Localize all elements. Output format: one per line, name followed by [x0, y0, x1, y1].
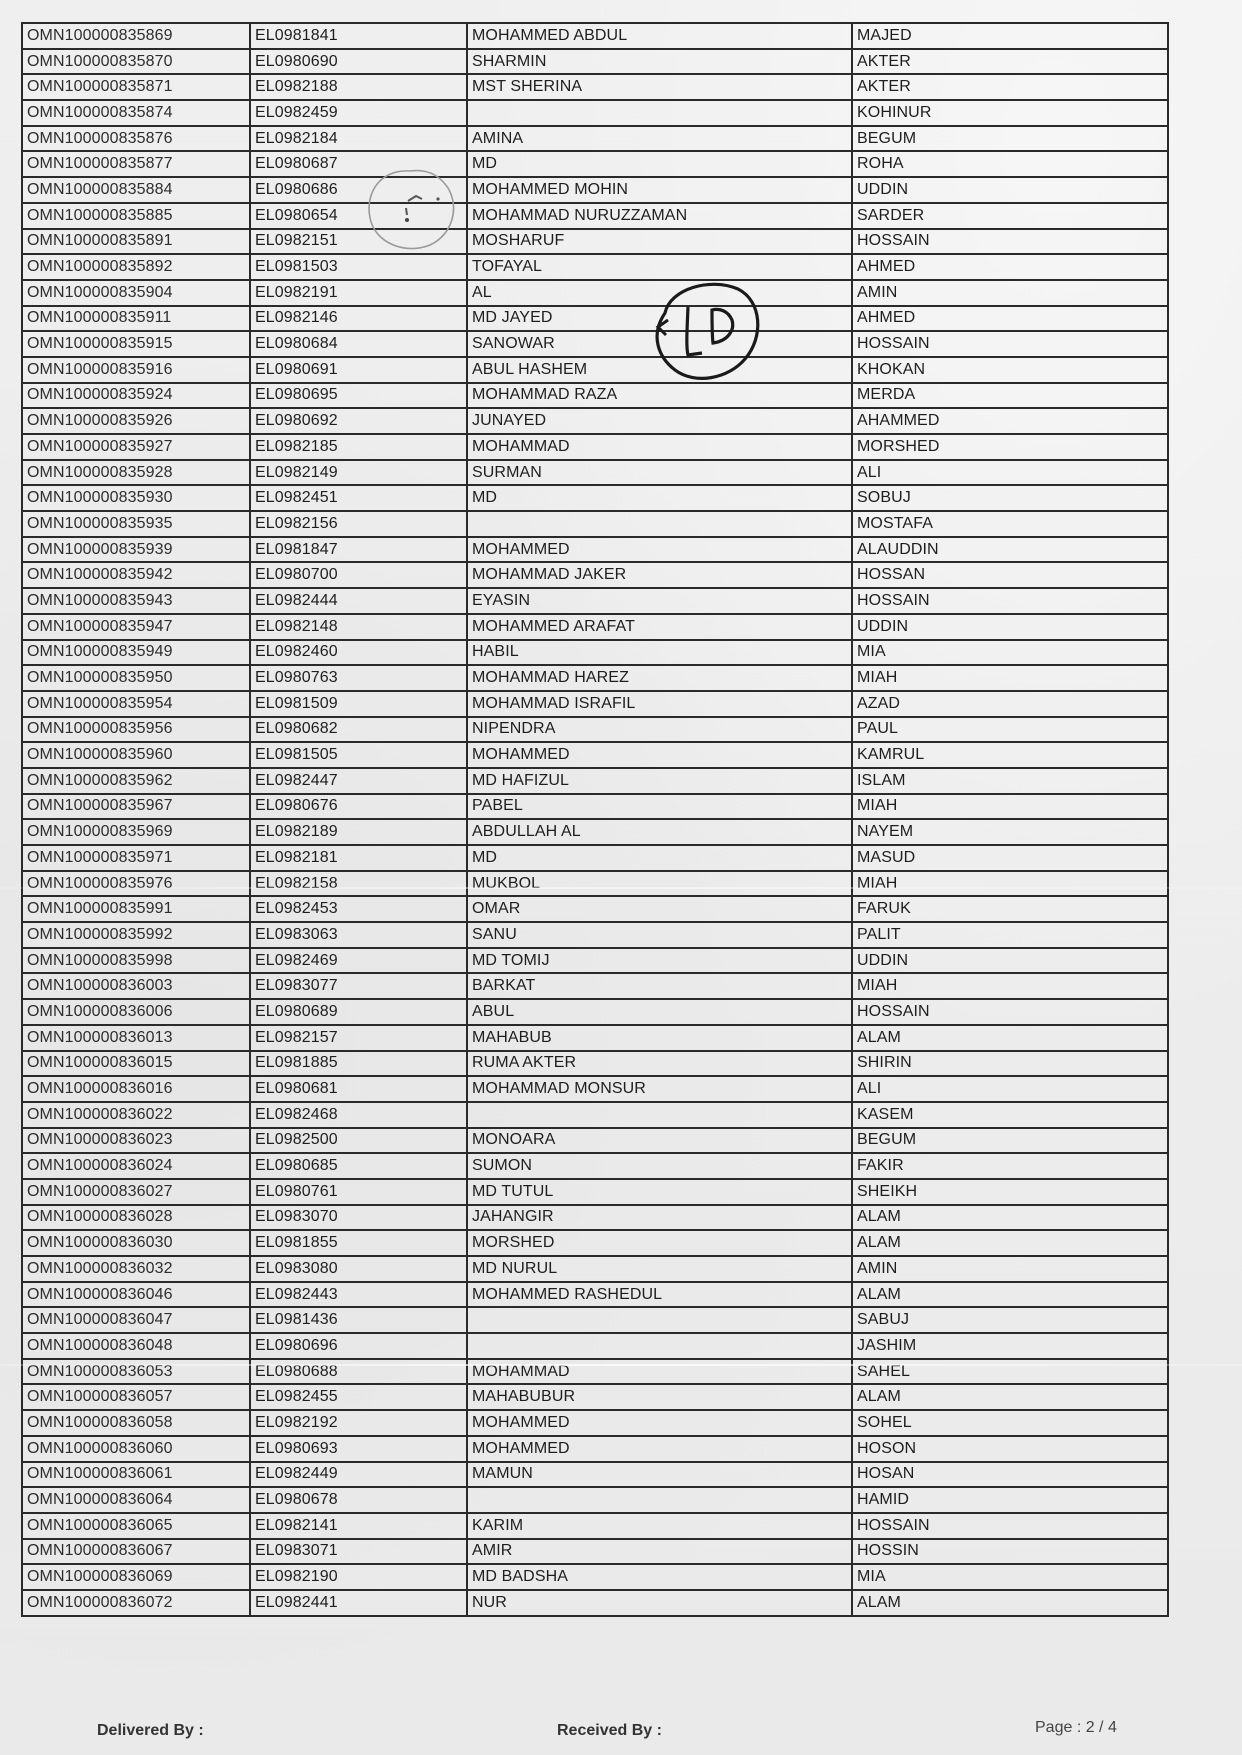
reference-no-cell: OMN100000836015	[22, 1051, 250, 1077]
surname-cell: AMIN	[852, 280, 1168, 306]
reference-no-cell: OMN100000835904	[22, 280, 250, 306]
surname-cell: AMIN	[852, 1256, 1168, 1282]
given-name-cell: MOHAMMAD MONSUR	[467, 1076, 852, 1102]
passport-no-cell: EL0980688	[250, 1359, 467, 1385]
passport-roster-table: OMN100000835869EL0981841MOHAMMED ABDULMA…	[21, 22, 1169, 1617]
table-row: OMN100000836046EL0982443MOHAMMED RASHEDU…	[22, 1282, 1168, 1308]
reference-no-cell: OMN100000836028	[22, 1205, 250, 1231]
surname-cell: KASEM	[852, 1102, 1168, 1128]
surname-cell: ALI	[852, 460, 1168, 486]
table-row: OMN100000835924EL0980695MOHAMMAD RAZAMER…	[22, 383, 1168, 409]
passport-no-cell: EL0982468	[250, 1102, 467, 1128]
passport-no-cell: EL0983070	[250, 1205, 467, 1231]
table-row: OMN100000836053EL0980688MOHAMMADSAHEL	[22, 1359, 1168, 1385]
reference-no-cell: OMN100000835927	[22, 434, 250, 460]
table-row: OMN100000836065EL0982141KARIMHOSSAIN	[22, 1513, 1168, 1539]
reference-no-cell: OMN100000835935	[22, 511, 250, 537]
passport-no-cell: EL0981505	[250, 742, 467, 768]
given-name-cell: RUMA AKTER	[467, 1051, 852, 1077]
given-name-cell: AMIR	[467, 1539, 852, 1565]
table-row: OMN100000835892EL0981503TOFAYALAHMED	[22, 254, 1168, 280]
surname-cell: SHEIKH	[852, 1179, 1168, 1205]
reference-no-cell: OMN100000835869	[22, 23, 250, 49]
surname-cell: AZAD	[852, 691, 1168, 717]
reference-no-cell: OMN100000835947	[22, 614, 250, 640]
table-row: OMN100000835943EL0982444EYASINHOSSAIN	[22, 588, 1168, 614]
passport-no-cell: EL0981855	[250, 1230, 467, 1256]
given-name-cell: NIPENDRA	[467, 717, 852, 743]
table-row: OMN100000836015EL0981885RUMA AKTERSHIRIN	[22, 1051, 1168, 1077]
table-row: OMN100000836028EL0983070JAHANGIRALAM	[22, 1205, 1168, 1231]
reference-no-cell: OMN100000835915	[22, 331, 250, 357]
table-row: OMN100000835876EL0982184AMINABEGUM	[22, 126, 1168, 152]
passport-no-cell: EL0982451	[250, 485, 467, 511]
surname-cell: AHMED	[852, 306, 1168, 332]
given-name-cell: PABEL	[467, 794, 852, 820]
delivered-by-label: Delivered By :	[97, 1722, 204, 1740]
reference-no-cell: OMN100000835998	[22, 948, 250, 974]
surname-cell: HOSSIN	[852, 1539, 1168, 1565]
given-name-cell	[467, 1102, 852, 1128]
reference-no-cell: OMN100000836022	[22, 1102, 250, 1128]
passport-no-cell: EL0980696	[250, 1333, 467, 1359]
surname-cell: ALAUDDIN	[852, 537, 1168, 563]
table-row: OMN100000836016EL0980681MOHAMMAD MONSURA…	[22, 1076, 1168, 1102]
table-row: OMN100000835884EL0980686MOHAMMED MOHINUD…	[22, 177, 1168, 203]
given-name-cell: MOHAMMED	[467, 1436, 852, 1462]
table-row: OMN100000836067EL0983071AMIRHOSSIN	[22, 1539, 1168, 1565]
surname-cell: MIA	[852, 1564, 1168, 1590]
table-row: OMN100000836006EL0980689ABULHOSSAIN	[22, 999, 1168, 1025]
surname-cell: MIA	[852, 640, 1168, 666]
passport-no-cell: EL0981503	[250, 254, 467, 280]
surname-cell: SABUJ	[852, 1307, 1168, 1333]
surname-cell: HOSON	[852, 1436, 1168, 1462]
table-row: OMN100000836024EL0980685SUMONFAKIR	[22, 1153, 1168, 1179]
table-row: OMN100000835976EL0982158MUKBOLMIAH	[22, 871, 1168, 897]
surname-cell: UDDIN	[852, 614, 1168, 640]
given-name-cell: EYASIN	[467, 588, 852, 614]
surname-cell: KAMRUL	[852, 742, 1168, 768]
given-name-cell: MOHAMMED	[467, 537, 852, 563]
given-name-cell: ABUL	[467, 999, 852, 1025]
surname-cell: BEGUM	[852, 126, 1168, 152]
reference-no-cell: OMN100000835926	[22, 408, 250, 434]
surname-cell: SAHEL	[852, 1359, 1168, 1385]
table-row: OMN100000836058EL0982192MOHAMMEDSOHEL	[22, 1410, 1168, 1436]
surname-cell: SHIRIN	[852, 1051, 1168, 1077]
passport-no-cell: EL0982190	[250, 1564, 467, 1590]
reference-no-cell: OMN100000835960	[22, 742, 250, 768]
paper-fold-line	[0, 887, 1242, 889]
reference-no-cell: OMN100000836027	[22, 1179, 250, 1205]
passport-no-cell: EL0982441	[250, 1590, 467, 1616]
surname-cell: SOBUJ	[852, 485, 1168, 511]
table-row: OMN100000836069EL0982190MD BADSHAMIA	[22, 1564, 1168, 1590]
passport-no-cell: EL0982449	[250, 1462, 467, 1488]
passport-no-cell: EL0982157	[250, 1025, 467, 1051]
reference-no-cell: OMN100000836060	[22, 1436, 250, 1462]
given-name-cell: MD BADSHA	[467, 1564, 852, 1590]
passport-no-cell: EL0982455	[250, 1384, 467, 1410]
surname-cell: ALAM	[852, 1205, 1168, 1231]
reference-no-cell: OMN100000835874	[22, 100, 250, 126]
given-name-cell: JUNAYED	[467, 408, 852, 434]
given-name-cell: MD TOMIJ	[467, 948, 852, 974]
passport-no-cell: EL0980689	[250, 999, 467, 1025]
surname-cell: MERDA	[852, 383, 1168, 409]
reference-no-cell: OMN100000836048	[22, 1333, 250, 1359]
table-row: OMN100000835915EL0980684SANOWARHOSSAIN	[22, 331, 1168, 357]
passport-no-cell: EL0980654	[250, 203, 467, 229]
given-name-cell: MUKBOL	[467, 871, 852, 897]
given-name-cell: BARKAT	[467, 973, 852, 999]
reference-no-cell: OMN100000835956	[22, 717, 250, 743]
passport-no-cell: EL0982151	[250, 229, 467, 255]
given-name-cell: MOHAMMED	[467, 1410, 852, 1436]
passport-no-cell: EL0982148	[250, 614, 467, 640]
given-name-cell: MD JAYED	[467, 306, 852, 332]
surname-cell: AHMED	[852, 254, 1168, 280]
surname-cell: ALAM	[852, 1384, 1168, 1410]
passport-no-cell: EL0980691	[250, 357, 467, 383]
table-row: OMN100000835928EL0982149SURMANALI	[22, 460, 1168, 486]
surname-cell: HOSSAN	[852, 562, 1168, 588]
table-row: OMN100000835926EL0980692JUNAYEDAHAMMED	[22, 408, 1168, 434]
table-row: OMN100000835991EL0982453OMARFARUK	[22, 896, 1168, 922]
surname-cell: MAJED	[852, 23, 1168, 49]
reference-no-cell: OMN100000835924	[22, 383, 250, 409]
table-row: OMN100000835947EL0982148MOHAMMED ARAFATU…	[22, 614, 1168, 640]
given-name-cell: SHARMIN	[467, 49, 852, 75]
passport-no-cell: EL0982158	[250, 871, 467, 897]
table-row: OMN100000835967EL0980676PABELMIAH	[22, 794, 1168, 820]
passport-no-cell: EL0982459	[250, 100, 467, 126]
table-row: OMN100000836003EL0983077BARKATMIAH	[22, 973, 1168, 999]
given-name-cell: MORSHED	[467, 1230, 852, 1256]
table-row: OMN100000835904EL0982191ALAMIN	[22, 280, 1168, 306]
table-row: OMN100000835877EL0980687MDROHA	[22, 151, 1168, 177]
given-name-cell	[467, 1487, 852, 1513]
surname-cell: UDDIN	[852, 948, 1168, 974]
reference-no-cell: OMN100000836061	[22, 1462, 250, 1488]
reference-no-cell: OMN100000835884	[22, 177, 250, 203]
passport-no-cell: EL0982443	[250, 1282, 467, 1308]
surname-cell: UDDIN	[852, 177, 1168, 203]
surname-cell: NAYEM	[852, 819, 1168, 845]
given-name-cell: MAHABUB	[467, 1025, 852, 1051]
passport-no-cell: EL0983063	[250, 922, 467, 948]
passport-no-cell: EL0982453	[250, 896, 467, 922]
surname-cell: ALAM	[852, 1590, 1168, 1616]
surname-cell: HOSSAIN	[852, 999, 1168, 1025]
passport-no-cell: EL0980695	[250, 383, 467, 409]
given-name-cell: HABIL	[467, 640, 852, 666]
table-row: OMN100000835998EL0982469MD TOMIJUDDIN	[22, 948, 1168, 974]
given-name-cell: MST SHERINA	[467, 74, 852, 100]
passport-no-cell: EL0980686	[250, 177, 467, 203]
reference-no-cell: OMN100000836072	[22, 1590, 250, 1616]
reference-no-cell: OMN100000836069	[22, 1564, 250, 1590]
surname-cell: MORSHED	[852, 434, 1168, 460]
reference-no-cell: OMN100000835976	[22, 871, 250, 897]
reference-no-cell: OMN100000836057	[22, 1384, 250, 1410]
passport-no-cell: EL0981436	[250, 1307, 467, 1333]
given-name-cell: SANOWAR	[467, 331, 852, 357]
given-name-cell: OMAR	[467, 896, 852, 922]
reference-no-cell: OMN100000835943	[22, 588, 250, 614]
given-name-cell: MD HAFIZUL	[467, 768, 852, 794]
given-name-cell: MOHAMMAD ISRAFIL	[467, 691, 852, 717]
passport-no-cell: EL0982500	[250, 1128, 467, 1154]
reference-no-cell: OMN100000836065	[22, 1513, 250, 1539]
surname-cell: ALAM	[852, 1025, 1168, 1051]
passport-no-cell: EL0982181	[250, 845, 467, 871]
table-row: OMN100000835874EL0982459KOHINUR	[22, 100, 1168, 126]
reference-no-cell: OMN100000835969	[22, 819, 250, 845]
table-row: OMN100000835956EL0980682NIPENDRAPAUL	[22, 717, 1168, 743]
surname-cell: PAUL	[852, 717, 1168, 743]
given-name-cell: AL	[467, 280, 852, 306]
passport-no-cell: EL0982460	[250, 640, 467, 666]
passport-no-cell: EL0980676	[250, 794, 467, 820]
reference-no-cell: OMN100000835939	[22, 537, 250, 563]
surname-cell: BEGUM	[852, 1128, 1168, 1154]
passport-no-cell: EL0980678	[250, 1487, 467, 1513]
passport-no-cell: EL0980684	[250, 331, 467, 357]
surname-cell: ALI	[852, 1076, 1168, 1102]
table-row: OMN100000835891EL0982151MOSHARUFHOSSAIN	[22, 229, 1168, 255]
reference-no-cell: OMN100000835885	[22, 203, 250, 229]
passport-no-cell: EL0982189	[250, 819, 467, 845]
passport-no-cell: EL0982188	[250, 74, 467, 100]
given-name-cell: SUMON	[467, 1153, 852, 1179]
given-name-cell: MOSHARUF	[467, 229, 852, 255]
surname-cell: MIAH	[852, 973, 1168, 999]
table-row: OMN100000835935EL0982156MOSTAFA	[22, 511, 1168, 537]
surname-cell: MIAH	[852, 665, 1168, 691]
table-row: OMN100000836030EL0981855MORSHEDALAM	[22, 1230, 1168, 1256]
table-row: OMN100000835870EL0980690SHARMINAKTER	[22, 49, 1168, 75]
surname-cell: AKTER	[852, 49, 1168, 75]
given-name-cell	[467, 511, 852, 537]
given-name-cell: JAHANGIR	[467, 1205, 852, 1231]
passport-no-cell: EL0980687	[250, 151, 467, 177]
passport-no-cell: EL0981841	[250, 23, 467, 49]
surname-cell: HOSSAIN	[852, 588, 1168, 614]
table-row: OMN100000835916EL0980691ABUL HASHEMKHOKA…	[22, 357, 1168, 383]
surname-cell: MIAH	[852, 794, 1168, 820]
reference-no-cell: OMN100000836006	[22, 999, 250, 1025]
given-name-cell: ABDULLAH AL	[467, 819, 852, 845]
reference-no-cell: OMN100000836058	[22, 1410, 250, 1436]
given-name-cell: MONOARA	[467, 1128, 852, 1154]
passport-no-cell: EL0980692	[250, 408, 467, 434]
table-row: OMN100000835939EL0981847MOHAMMEDALAUDDIN	[22, 537, 1168, 563]
given-name-cell: MD	[467, 485, 852, 511]
passport-no-cell: EL0980693	[250, 1436, 467, 1462]
given-name-cell: KARIM	[467, 1513, 852, 1539]
given-name-cell: TOFAYAL	[467, 254, 852, 280]
surname-cell: SARDER	[852, 203, 1168, 229]
given-name-cell: SANU	[467, 922, 852, 948]
reference-no-cell: OMN100000835891	[22, 229, 250, 255]
surname-cell: ALAM	[852, 1230, 1168, 1256]
given-name-cell: MOHAMMED	[467, 742, 852, 768]
reference-no-cell: OMN100000835942	[22, 562, 250, 588]
given-name-cell: SURMAN	[467, 460, 852, 486]
surname-cell: HAMID	[852, 1487, 1168, 1513]
passport-no-cell: EL0982146	[250, 306, 467, 332]
reference-no-cell: OMN100000835892	[22, 254, 250, 280]
table-row: OMN100000835885EL0980654MOHAMMAD NURUZZA…	[22, 203, 1168, 229]
given-name-cell: MOHAMMAD	[467, 434, 852, 460]
surname-cell: MIAH	[852, 871, 1168, 897]
given-name-cell: MOHAMMED RASHEDUL	[467, 1282, 852, 1308]
table-row: OMN100000835969EL0982189ABDULLAH ALNAYEM	[22, 819, 1168, 845]
passport-no-cell: EL0982444	[250, 588, 467, 614]
passport-no-cell: EL0982184	[250, 126, 467, 152]
given-name-cell: MAHABUBUR	[467, 1384, 852, 1410]
reference-no-cell: OMN100000835954	[22, 691, 250, 717]
given-name-cell: MOHAMMED ABDUL	[467, 23, 852, 49]
reference-no-cell: OMN100000835870	[22, 49, 250, 75]
given-name-cell: MOHAMMED MOHIN	[467, 177, 852, 203]
given-name-cell: MOHAMMED ARAFAT	[467, 614, 852, 640]
passport-no-cell: EL0983071	[250, 1539, 467, 1565]
reference-no-cell: OMN100000835928	[22, 460, 250, 486]
surname-cell: HOSAN	[852, 1462, 1168, 1488]
given-name-cell: AMINA	[467, 126, 852, 152]
reference-no-cell: OMN100000835971	[22, 845, 250, 871]
reference-no-cell: OMN100000836053	[22, 1359, 250, 1385]
passport-no-cell: EL0982191	[250, 280, 467, 306]
surname-cell: ROHA	[852, 151, 1168, 177]
surname-cell: KOHINUR	[852, 100, 1168, 126]
passport-no-cell: EL0980763	[250, 665, 467, 691]
passport-no-cell: EL0982156	[250, 511, 467, 537]
reference-no-cell: OMN100000835930	[22, 485, 250, 511]
table-row: OMN100000836013EL0982157MAHABUBALAM	[22, 1025, 1168, 1051]
given-name-cell	[467, 100, 852, 126]
reference-no-cell: OMN100000835916	[22, 357, 250, 383]
passport-no-cell: EL0980682	[250, 717, 467, 743]
passport-no-cell: EL0980690	[250, 49, 467, 75]
given-name-cell: MD	[467, 151, 852, 177]
passport-no-cell: EL0983080	[250, 1256, 467, 1282]
table-row: OMN100000835871EL0982188MST SHERINAAKTER	[22, 74, 1168, 100]
reference-no-cell: OMN100000836030	[22, 1230, 250, 1256]
table-row: OMN100000836023EL0982500MONOARABEGUM	[22, 1128, 1168, 1154]
table-row: OMN100000836064EL0980678HAMID	[22, 1487, 1168, 1513]
reference-no-cell: OMN100000836064	[22, 1487, 250, 1513]
table-row: OMN100000835949EL0982460HABILMIA	[22, 640, 1168, 666]
reference-no-cell: OMN100000836046	[22, 1282, 250, 1308]
paper-fold-line	[0, 1364, 1242, 1366]
table-row: OMN100000836032EL0983080MD NURULAMIN	[22, 1256, 1168, 1282]
given-name-cell	[467, 1307, 852, 1333]
surname-cell: SOHEL	[852, 1410, 1168, 1436]
passport-no-cell: EL0981885	[250, 1051, 467, 1077]
reference-no-cell: OMN100000836003	[22, 973, 250, 999]
table-row: OMN100000835971EL0982181MDMASUD	[22, 845, 1168, 871]
passport-no-cell: EL0982447	[250, 768, 467, 794]
reference-no-cell: OMN100000835949	[22, 640, 250, 666]
reference-no-cell: OMN100000836013	[22, 1025, 250, 1051]
surname-cell: FARUK	[852, 896, 1168, 922]
table-row: OMN100000835992EL0983063SANUPALIT	[22, 922, 1168, 948]
surname-cell: HOSSAIN	[852, 1513, 1168, 1539]
passport-no-cell: EL0982469	[250, 948, 467, 974]
surname-cell: ISLAM	[852, 768, 1168, 794]
table-row: OMN100000835950EL0980763MOHAMMAD HAREZMI…	[22, 665, 1168, 691]
table-row: OMN100000836048EL0980696JASHIM	[22, 1333, 1168, 1359]
reference-no-cell: OMN100000836024	[22, 1153, 250, 1179]
passport-no-cell: EL0981509	[250, 691, 467, 717]
given-name-cell: MOHAMMAD NURUZZAMAN	[467, 203, 852, 229]
passport-no-cell: EL0980761	[250, 1179, 467, 1205]
roster-table-body: OMN100000835869EL0981841MOHAMMED ABDULMA…	[22, 23, 1168, 1616]
passport-no-cell: EL0983077	[250, 973, 467, 999]
given-name-cell: NUR	[467, 1590, 852, 1616]
reference-no-cell: OMN100000835871	[22, 74, 250, 100]
passport-no-cell: EL0982149	[250, 460, 467, 486]
table-row: OMN100000836060EL0980693MOHAMMEDHOSON	[22, 1436, 1168, 1462]
given-name-cell: MD NURUL	[467, 1256, 852, 1282]
given-name-cell: MD TUTUL	[467, 1179, 852, 1205]
passport-no-cell: EL0980685	[250, 1153, 467, 1179]
table-row: OMN100000836061EL0982449MAMUNHOSAN	[22, 1462, 1168, 1488]
table-row: OMN100000835911EL0982146MD JAYEDAHMED	[22, 306, 1168, 332]
passport-no-cell: EL0980700	[250, 562, 467, 588]
table-row: OMN100000836022EL0982468KASEM	[22, 1102, 1168, 1128]
surname-cell: FAKIR	[852, 1153, 1168, 1179]
table-row: OMN100000836057EL0982455MAHABUBURALAM	[22, 1384, 1168, 1410]
reference-no-cell: OMN100000836047	[22, 1307, 250, 1333]
surname-cell: JASHIM	[852, 1333, 1168, 1359]
given-name-cell: MOHAMMAD JAKER	[467, 562, 852, 588]
given-name-cell: MOHAMMAD RAZA	[467, 383, 852, 409]
table-row: OMN100000835942EL0980700MOHAMMAD JAKERHO…	[22, 562, 1168, 588]
reference-no-cell: OMN100000836016	[22, 1076, 250, 1102]
page-number: Page : 2 / 4	[1035, 1719, 1117, 1737]
surname-cell: KHOKAN	[852, 357, 1168, 383]
reference-no-cell: OMN100000835877	[22, 151, 250, 177]
given-name-cell: MOHAMMAD HAREZ	[467, 665, 852, 691]
passport-no-cell: EL0982141	[250, 1513, 467, 1539]
reference-no-cell: OMN100000835992	[22, 922, 250, 948]
surname-cell: MOSTAFA	[852, 511, 1168, 537]
reference-no-cell: OMN100000836067	[22, 1539, 250, 1565]
reference-no-cell: OMN100000835950	[22, 665, 250, 691]
passport-no-cell: EL0982192	[250, 1410, 467, 1436]
reference-no-cell: OMN100000835911	[22, 306, 250, 332]
reference-no-cell: OMN100000836032	[22, 1256, 250, 1282]
reference-no-cell: OMN100000835991	[22, 896, 250, 922]
surname-cell: MASUD	[852, 845, 1168, 871]
given-name-cell	[467, 1333, 852, 1359]
surname-cell: HOSSAIN	[852, 229, 1168, 255]
given-name-cell: MAMUN	[467, 1462, 852, 1488]
passport-no-cell: EL0982185	[250, 434, 467, 460]
surname-cell: AKTER	[852, 74, 1168, 100]
table-row: OMN100000836072EL0982441NURALAM	[22, 1590, 1168, 1616]
surname-cell: HOSSAIN	[852, 331, 1168, 357]
table-row: OMN100000835962EL0982447MD HAFIZULISLAM	[22, 768, 1168, 794]
surname-cell: ALAM	[852, 1282, 1168, 1308]
table-row: OMN100000835869EL0981841MOHAMMED ABDULMA…	[22, 23, 1168, 49]
given-name-cell: MD	[467, 845, 852, 871]
